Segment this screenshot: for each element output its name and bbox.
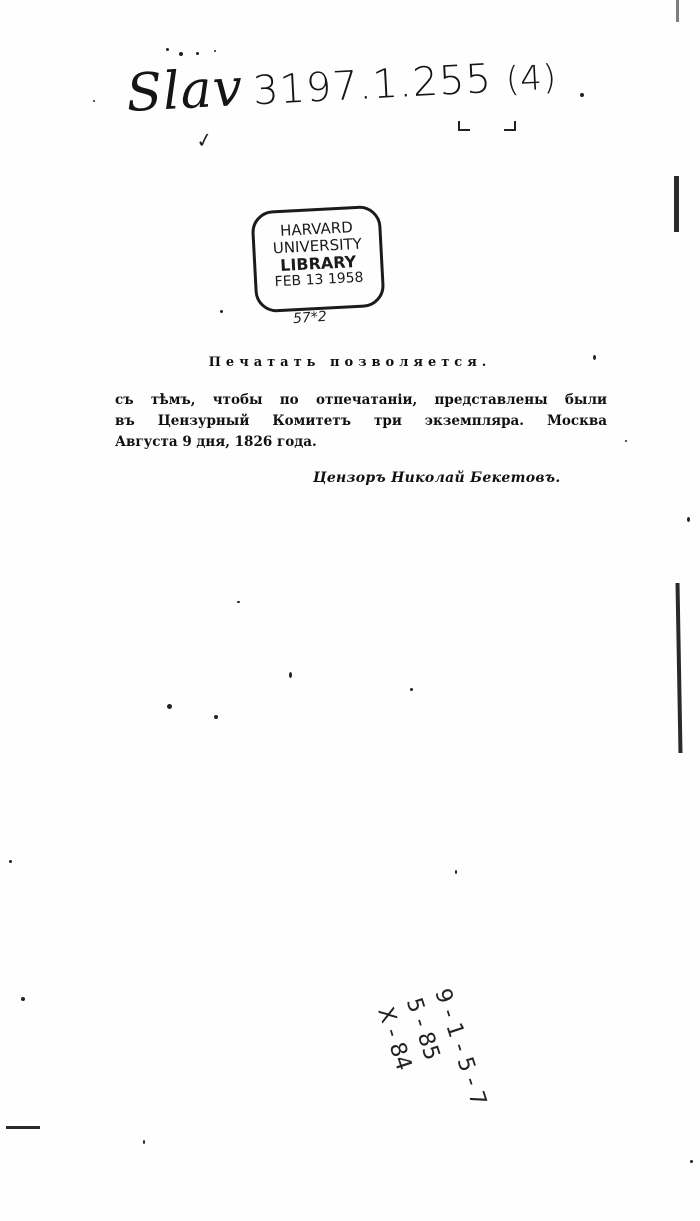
bracket-mark-right	[504, 121, 516, 131]
speck	[593, 355, 596, 360]
censorship-text: съ тѣмъ, чтобы по отпечатаніи, представл…	[115, 390, 607, 453]
handwritten-call-number: Slav3197.1.255(4)	[125, 42, 558, 124]
speck	[237, 601, 240, 603]
speck	[410, 688, 413, 691]
censor-signature: Цензоръ Николай Бекетовъ.	[313, 470, 561, 486]
margin-bar-bottom-left	[6, 1126, 40, 1129]
accession-mark: 57*2	[292, 309, 327, 327]
speck	[93, 100, 95, 102]
check-mark-icon: ✓	[194, 127, 215, 154]
call-number-digits: 3197.1.255	[252, 56, 493, 114]
censorship-line-1: съ тѣмъ, чтобы по отпечатаніи, представл…	[115, 390, 607, 411]
call-number-volume: (4)	[505, 58, 558, 101]
speck	[214, 715, 218, 719]
speck	[580, 93, 584, 97]
call-number-prefix: Slav	[125, 58, 245, 124]
censorship-line-2: въ Цензурный Комитетъ три экземпляра. Мо…	[115, 411, 607, 432]
censorship-line-3: Августа 9 дня, 1826 года.	[115, 432, 607, 453]
speck	[687, 517, 690, 522]
speck	[9, 860, 12, 863]
speck	[455, 870, 457, 874]
margin-bar-upper	[674, 176, 679, 232]
speck	[214, 50, 216, 52]
bracket-mark-left	[458, 121, 470, 131]
speck	[625, 440, 627, 442]
speck	[143, 1140, 145, 1144]
speck	[167, 704, 172, 709]
scanned-page: Slav3197.1.255(4) ✓ HARVARD UNIVERSITY L…	[0, 0, 700, 1221]
speck	[21, 997, 25, 1001]
speck	[179, 52, 183, 56]
speck	[220, 310, 223, 313]
speck	[690, 1160, 693, 1163]
speck	[196, 52, 199, 55]
margin-bar-top	[676, 0, 679, 22]
speck	[289, 672, 292, 678]
harvard-library-stamp: HARVARD UNIVERSITY LIBRARY FEB 13 1958	[250, 205, 385, 314]
margin-bar-lower	[676, 583, 683, 753]
speck	[166, 48, 169, 51]
pencil-notes: 9 - 1 - 5 - 7 5 - 85 X - 84	[369, 985, 492, 1129]
